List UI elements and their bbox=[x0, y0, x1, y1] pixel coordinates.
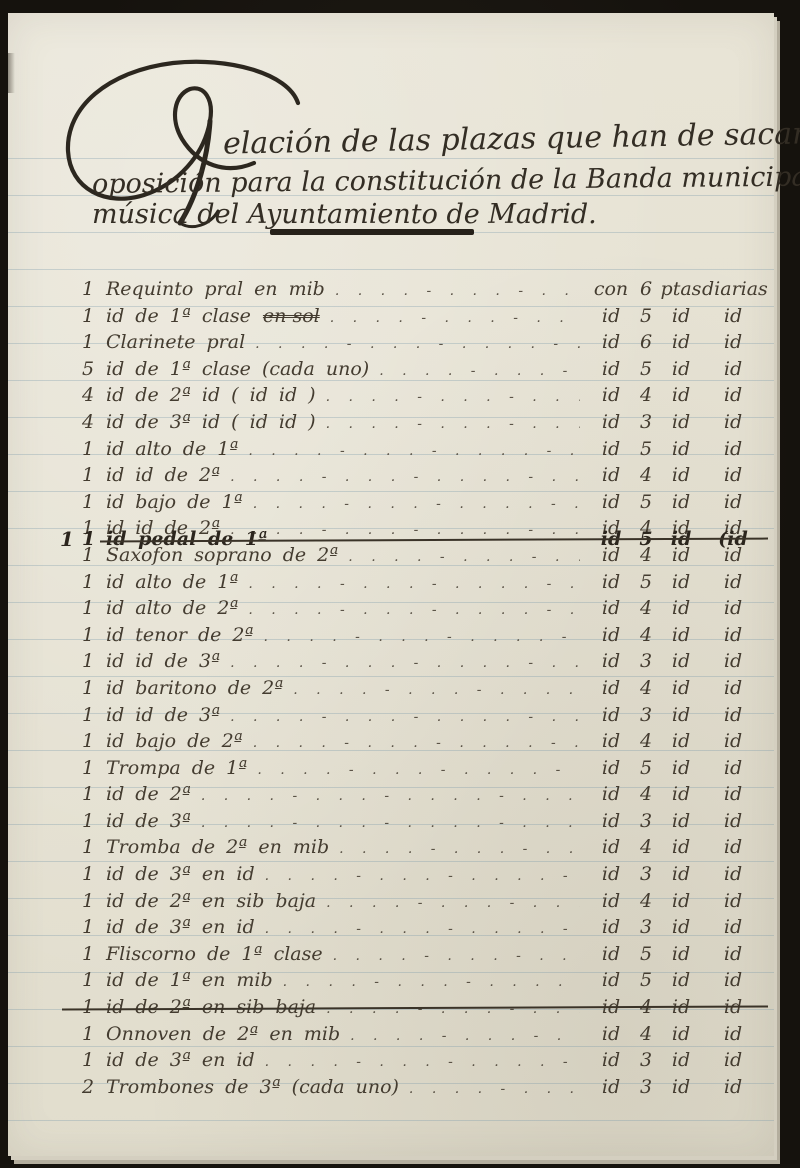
row-desc: id de 3ª bbox=[106, 808, 191, 835]
row-c4: id bbox=[702, 569, 764, 596]
row-qty: 1 bbox=[82, 994, 106, 1021]
list-item: 4 id de 2ª id ( id id ) . . . . - . . . … bbox=[82, 382, 764, 409]
row-c4: id bbox=[702, 648, 764, 675]
scanned-manuscript-page: { "scan": { "title": { "initial": "R", "… bbox=[0, 0, 800, 1168]
row-c2: 5 bbox=[632, 755, 660, 782]
paper-sheet: elación de las plazas que han de sacarse… bbox=[8, 13, 774, 1156]
row-c2: 3 bbox=[632, 808, 660, 835]
row-leader: . . . . - . . . - . . . . - . . . - . . … bbox=[257, 757, 580, 784]
list-item: 1 Clarinete pral . . . . - . . . - . . .… bbox=[82, 329, 764, 356]
row-c4: id bbox=[702, 702, 764, 729]
row-desc: id tenor de 2ª bbox=[106, 622, 254, 649]
row-c3: id bbox=[660, 489, 702, 516]
row-c4: id bbox=[702, 436, 764, 463]
row-c3: id bbox=[660, 648, 702, 675]
row-desc: Fliscorno de 1ª clase bbox=[106, 941, 323, 968]
row-leader: . . . . - . . . - . . . . - . . . - . . … bbox=[326, 411, 580, 438]
row-desc: id de 3ª en id bbox=[106, 914, 255, 941]
row-qty: 1 bbox=[82, 888, 106, 915]
row-c3: id bbox=[660, 382, 702, 409]
row-c3: ptas bbox=[660, 276, 702, 303]
row-c2: 4 bbox=[632, 675, 660, 702]
row-leader: . . . . - . . . - . . . . - . . . - . . … bbox=[350, 1023, 580, 1050]
list-item: 1 id baritono de 2ª . . . . - . . . - . … bbox=[82, 675, 764, 702]
row-leader: . . . . - . . . - . . . . - . . . - . . … bbox=[265, 1049, 580, 1076]
row-c4: id bbox=[702, 914, 764, 941]
row-desc: Clarinete pral bbox=[106, 329, 245, 356]
row-c4: id bbox=[702, 622, 764, 649]
row-c3: id bbox=[660, 941, 702, 968]
row-desc: id de 3ª en id bbox=[106, 1047, 255, 1074]
row-desc: id bajo de 1ª bbox=[106, 489, 243, 516]
row-qty: 1 bbox=[82, 755, 106, 782]
row-c3: id bbox=[660, 808, 702, 835]
row-c4: id bbox=[702, 755, 764, 782]
list-item: 1 Onnoven de 2ª en mib . . . . - . . . -… bbox=[82, 1021, 764, 1048]
row-leader: . . . . - . . . - . . . . - . . . - . . … bbox=[248, 571, 580, 598]
row-desc-struck: en sol bbox=[263, 303, 320, 330]
row-c3: id bbox=[660, 622, 702, 649]
row-qty: 1 bbox=[82, 303, 106, 330]
row-c2: 4 bbox=[632, 382, 660, 409]
row-c4: id bbox=[702, 967, 764, 994]
list-item: 1 Trompa de 1ª . . . . - . . . - . . . .… bbox=[82, 755, 764, 782]
row-qty: 1 bbox=[82, 1021, 106, 1048]
row-desc: id de 2ª bbox=[106, 781, 191, 808]
row-c4: id bbox=[702, 489, 764, 516]
row-c2: 6 bbox=[632, 276, 660, 303]
title-divider-rule bbox=[272, 229, 472, 235]
row-c2: 3 bbox=[632, 702, 660, 729]
row-c2: 5 bbox=[632, 967, 660, 994]
row-c2: 4 bbox=[632, 728, 660, 755]
list-item: 4 id de 3ª id ( id id ) . . . . - . . . … bbox=[82, 409, 764, 436]
row-c4: id bbox=[702, 1074, 764, 1101]
row-desc: id alto de 1ª bbox=[106, 436, 238, 463]
row-leader: . . . . - . . . - . . . . - . . . - . . … bbox=[326, 890, 580, 917]
row-c4: id bbox=[702, 356, 764, 383]
list-item: 1 id tenor de 2ª . . . . - . . . - . . .… bbox=[82, 622, 764, 649]
row-c3: id bbox=[660, 436, 702, 463]
row-c2: 3 bbox=[632, 1047, 660, 1074]
row-c1: id bbox=[590, 888, 632, 915]
row-c3: id bbox=[660, 675, 702, 702]
row-c4: id bbox=[702, 1047, 764, 1074]
row-desc: id de 2ª en sib baja bbox=[106, 888, 316, 915]
row-c2: 4 bbox=[632, 595, 660, 622]
page-title-line3: música del Ayuntamiento de Madrid. bbox=[92, 199, 597, 230]
row-c1: id bbox=[590, 941, 632, 968]
row-c4: id bbox=[702, 781, 764, 808]
list-item: 1 id de 2ª en sib baja . . . . - . . . -… bbox=[82, 888, 764, 915]
row-desc: id pedal de 1ª bbox=[106, 526, 267, 553]
row-c1: id bbox=[590, 808, 632, 835]
row-leader: . . . . - . . . - . . . . - . . . - . . … bbox=[333, 943, 580, 970]
row-qty: 1 bbox=[82, 436, 106, 463]
row-leader: . . . . - . . . - . . . . - . . . - . . … bbox=[201, 810, 580, 837]
row-c1: id bbox=[590, 755, 632, 782]
row-c1: id bbox=[590, 356, 632, 383]
row-desc: id de 1ª clase bbox=[106, 303, 251, 330]
row-leader: . . . . - . . . - . . . . - . . . - . . … bbox=[248, 597, 580, 624]
row-leader: . . . . - . . . - . . . . - . . . - . . … bbox=[230, 464, 580, 491]
row-desc: id de 1ª en mib bbox=[106, 967, 273, 994]
list-item: 1 id id de 3ª . . . . - . . . - . . . . … bbox=[82, 702, 764, 729]
row-c4: id bbox=[702, 409, 764, 436]
list-item: 1 id id de 3ª . . . . - . . . - . . . . … bbox=[82, 648, 764, 675]
row-qty: 1 bbox=[82, 702, 106, 729]
row-c3: id bbox=[660, 967, 702, 994]
row-c1: id bbox=[590, 781, 632, 808]
row-c2: 5 bbox=[632, 526, 660, 553]
row-leader: . . . . - . . . - . . . . - . . . - . . … bbox=[339, 836, 580, 863]
row-c1: id bbox=[590, 462, 632, 489]
list-item: 1 Tromba de 2ª en mib . . . . - . . . - … bbox=[82, 834, 764, 861]
row-c4: id bbox=[702, 675, 764, 702]
row-c1: id bbox=[590, 489, 632, 516]
row-leader: . . . . - . . . - . . . . - . . . - . . … bbox=[253, 730, 580, 757]
list-item: 1 Requinto pral en mib . . . . - . . . -… bbox=[82, 276, 764, 303]
row-desc: id id de 2ª bbox=[106, 462, 220, 489]
list-item: 1 id de 2ª . . . . - . . . - . . . . - .… bbox=[82, 781, 764, 808]
row-leader: . . . . - . . . - . . . . - . . . - . . … bbox=[326, 384, 580, 411]
row-c1: id bbox=[590, 303, 632, 330]
row-c1: id bbox=[590, 861, 632, 888]
row-c4: id bbox=[702, 462, 764, 489]
row-c4: id bbox=[702, 329, 764, 356]
list-item: 1 id id de 2ª . . . . - . . . - . . . . … bbox=[82, 462, 764, 489]
row-c2: 3 bbox=[632, 648, 660, 675]
row-leader: . . . . - . . . - . . . . - . . . - . . … bbox=[248, 438, 580, 465]
list-item: 1 Fliscorno de 1ª clase . . . . - . . . … bbox=[82, 941, 764, 968]
row-leader: . . . . - . . . - . . . . - . . . - . . … bbox=[264, 624, 580, 651]
row-c1: id bbox=[590, 526, 632, 553]
row-qty: 1 bbox=[82, 526, 106, 553]
row-c4: id bbox=[702, 303, 764, 330]
row-leader: . . . . - . . . - . . . . - . . . - . . … bbox=[379, 358, 580, 385]
list-item: 1 id bajo de 1ª . . . . - . . . - . . . … bbox=[82, 489, 764, 516]
row-c1: id bbox=[590, 409, 632, 436]
row-c1: id bbox=[590, 382, 632, 409]
row-c4: id bbox=[702, 595, 764, 622]
row-desc: id id de 3ª bbox=[106, 648, 220, 675]
row-leader: . . . . - . . . - . . . . - . . . - . . … bbox=[335, 278, 580, 305]
row-qty: 4 bbox=[82, 409, 106, 436]
row-c1: id bbox=[590, 675, 632, 702]
row-c4: (id bbox=[702, 526, 764, 553]
row-c3: id bbox=[660, 1074, 702, 1101]
row-qty: 1 bbox=[82, 834, 106, 861]
row-c4: id bbox=[702, 808, 764, 835]
row-c2: 4 bbox=[632, 462, 660, 489]
list-item: 1 id alto de 1ª . . . . - . . . - . . . … bbox=[82, 436, 764, 463]
row-c1: id bbox=[590, 728, 632, 755]
row-qty: 4 bbox=[82, 382, 106, 409]
row-c2: 4 bbox=[632, 834, 660, 861]
row-c3: id bbox=[660, 462, 702, 489]
row-c3: id bbox=[660, 569, 702, 596]
row-leader: . . . . - . . . - . . . . - . . . - . . … bbox=[330, 305, 580, 332]
row-c4: id bbox=[702, 834, 764, 861]
row-desc: id de 3ª en id bbox=[106, 861, 255, 888]
row-qty: 1 bbox=[82, 781, 106, 808]
row-c2: 4 bbox=[632, 622, 660, 649]
row-c3: id bbox=[660, 861, 702, 888]
row-qty: 1 bbox=[82, 329, 106, 356]
row-desc: id de 2ª en sib baja bbox=[106, 994, 316, 1021]
list-item: 1 id de 3ª en id . . . . - . . . - . . .… bbox=[82, 861, 764, 888]
row-c2: 5 bbox=[632, 569, 660, 596]
row-desc: Onnoven de 2ª en mib bbox=[106, 1021, 340, 1048]
row-c3: id bbox=[660, 888, 702, 915]
row-c1: id bbox=[590, 994, 632, 1021]
position-list: 1 Requinto pral en mib . . . . - . . . -… bbox=[82, 276, 764, 1100]
list-item: 1 id de 2ª en sib baja . . . . - . . . -… bbox=[82, 994, 764, 1021]
row-c3: id bbox=[660, 781, 702, 808]
row-leader: . . . . - . . . - . . . . - . . . - . . … bbox=[265, 916, 580, 943]
row-qty: 1 bbox=[82, 1047, 106, 1074]
row-c3: id bbox=[660, 409, 702, 436]
row-c3: id bbox=[660, 526, 702, 553]
row-c3: id bbox=[660, 755, 702, 782]
row-c3: id bbox=[660, 834, 702, 861]
row-qty: 1 bbox=[82, 728, 106, 755]
row-leader: . . . . - . . . - . . . . - . . . - . . … bbox=[255, 331, 580, 358]
row-qty: 1 bbox=[82, 941, 106, 968]
list-item: 1 id de 1ª en mib . . . . - . . . - . . … bbox=[82, 967, 764, 994]
list-item: 1 id de 3ª . . . . - . . . - . . . . - .… bbox=[82, 808, 764, 835]
row-qty: 1 bbox=[82, 967, 106, 994]
row-c2: 3 bbox=[632, 861, 660, 888]
row-desc: id de 2ª id ( id id ) bbox=[106, 382, 316, 409]
row-leader: . . . . - . . . - . . . . - . . . - . . … bbox=[230, 704, 580, 731]
row-c4: id bbox=[702, 941, 764, 968]
list-item: 1 id de 1ª clase en sol . . . . - . . . … bbox=[82, 303, 764, 330]
row-c1: id bbox=[590, 569, 632, 596]
row-qty: 1 bbox=[82, 489, 106, 516]
row-c2: 3 bbox=[632, 1074, 660, 1101]
row-c2: 4 bbox=[632, 994, 660, 1021]
row-c4: diarias bbox=[702, 276, 764, 303]
row-c4: id bbox=[702, 1021, 764, 1048]
list-item: 1 id de 3ª en id . . . . - . . . - . . .… bbox=[82, 1047, 764, 1074]
row-qty: 1 bbox=[82, 462, 106, 489]
row-desc: id alto de 2ª bbox=[106, 595, 238, 622]
row-leader: . . . . - . . . - . . . . - . . . - . . … bbox=[409, 1076, 580, 1103]
row-leader: . . . . - . . . - . . . . - . . . - . . … bbox=[253, 491, 580, 518]
row-c1: id bbox=[590, 648, 632, 675]
row-leader: . . . . - . . . - . . . . - . . . - . . … bbox=[230, 650, 580, 677]
row-c2: 3 bbox=[632, 409, 660, 436]
row-c3: id bbox=[660, 702, 702, 729]
row-qty: 5 bbox=[82, 356, 106, 383]
row-desc: id alto de 1ª bbox=[106, 569, 238, 596]
row-desc: Tromba de 2ª en mib bbox=[106, 834, 329, 861]
row-leader: . . . . - . . . - . . . . - . . . - . . … bbox=[326, 996, 580, 1023]
row-qty: 1 bbox=[82, 569, 106, 596]
row-c2: 3 bbox=[632, 914, 660, 941]
row-c2: 6 bbox=[632, 329, 660, 356]
row-c3: id bbox=[660, 728, 702, 755]
row-c1: id bbox=[590, 1074, 632, 1101]
row-leader: . . . . - . . . - . . . . - . . . - . . … bbox=[265, 863, 580, 890]
row-c4: id bbox=[702, 382, 764, 409]
row-c1: id bbox=[590, 622, 632, 649]
row-c3: id bbox=[660, 329, 702, 356]
row-c3: id bbox=[660, 356, 702, 383]
row-c4: id bbox=[702, 861, 764, 888]
row-c2: 4 bbox=[632, 781, 660, 808]
list-item: 2 Trombones de 3ª (cada uno) . . . . - .… bbox=[82, 1074, 764, 1101]
row-c4: id bbox=[702, 888, 764, 915]
row-qty: 1 bbox=[82, 675, 106, 702]
row-desc: id de 3ª id ( id id ) bbox=[106, 409, 316, 436]
row-qty: 1 bbox=[82, 808, 106, 835]
row-c1: id bbox=[590, 702, 632, 729]
row-c4: id bbox=[702, 728, 764, 755]
row-c1: id bbox=[590, 1021, 632, 1048]
row-qty: 1 bbox=[82, 648, 106, 675]
row-c4: id bbox=[702, 994, 764, 1021]
row-qty: 1 bbox=[82, 861, 106, 888]
row-c1: id bbox=[590, 329, 632, 356]
row-c2: 5 bbox=[632, 489, 660, 516]
row-c2: 4 bbox=[632, 888, 660, 915]
row-desc: id bajo de 2ª bbox=[106, 728, 243, 755]
row-desc: Trompa de 1ª bbox=[106, 755, 247, 782]
row-qty: 1 bbox=[82, 622, 106, 649]
paper-edge-smudge bbox=[8, 53, 15, 93]
row-c1: con bbox=[590, 276, 632, 303]
row-desc: id de 1ª clase (cada uno) bbox=[106, 356, 369, 383]
row-c1: id bbox=[590, 595, 632, 622]
row-c3: id bbox=[660, 1047, 702, 1074]
row-qty: 1 bbox=[82, 276, 106, 303]
row-qty: 1 bbox=[82, 595, 106, 622]
list-item: 5 id de 1ª clase (cada uno) . . . . - . … bbox=[82, 356, 764, 383]
row-desc: id id de 3ª bbox=[106, 702, 220, 729]
list-item: 1 id bajo de 2ª . . . . - . . . - . . . … bbox=[82, 728, 764, 755]
row-desc: Trombones de 3ª (cada uno) bbox=[106, 1074, 399, 1101]
row-qty: 1 bbox=[82, 914, 106, 941]
row-desc: id baritono de 2ª bbox=[106, 675, 283, 702]
row-margin-note: 1 bbox=[60, 526, 74, 553]
row-c2: 4 bbox=[632, 1021, 660, 1048]
row-c3: id bbox=[660, 595, 702, 622]
row-c3: id bbox=[660, 994, 702, 1021]
row-c2: 5 bbox=[632, 436, 660, 463]
row-c2: 5 bbox=[632, 941, 660, 968]
row-leader: . . . . - . . . - . . . . - . . . - . . … bbox=[201, 783, 580, 810]
list-item: 1 1 id pedal de 1ª . . . . - . . . - . .… bbox=[82, 526, 764, 553]
row-c1: id bbox=[590, 967, 632, 994]
row-c3: id bbox=[660, 1021, 702, 1048]
list-item: 1 id de 3ª en id . . . . - . . . - . . .… bbox=[82, 914, 764, 941]
row-c2: 5 bbox=[632, 303, 660, 330]
row-c1: id bbox=[590, 436, 632, 463]
row-leader: . . . . - . . . - . . . . - . . . - . . … bbox=[293, 677, 580, 704]
list-item: 1 id alto de 1ª . . . . - . . . - . . . … bbox=[82, 569, 764, 596]
row-leader: . . . . - . . . - . . . . - . . . - . . … bbox=[283, 969, 580, 996]
row-c3: id bbox=[660, 303, 702, 330]
row-c1: id bbox=[590, 834, 632, 861]
list-item: 1 id alto de 2ª . . . . - . . . - . . . … bbox=[82, 595, 764, 622]
row-c3: id bbox=[660, 914, 702, 941]
row-c1: id bbox=[590, 914, 632, 941]
row-c2: 5 bbox=[632, 356, 660, 383]
row-qty: 2 bbox=[82, 1074, 106, 1101]
row-c1: id bbox=[590, 1047, 632, 1074]
row-desc: Requinto pral en mib bbox=[106, 276, 325, 303]
